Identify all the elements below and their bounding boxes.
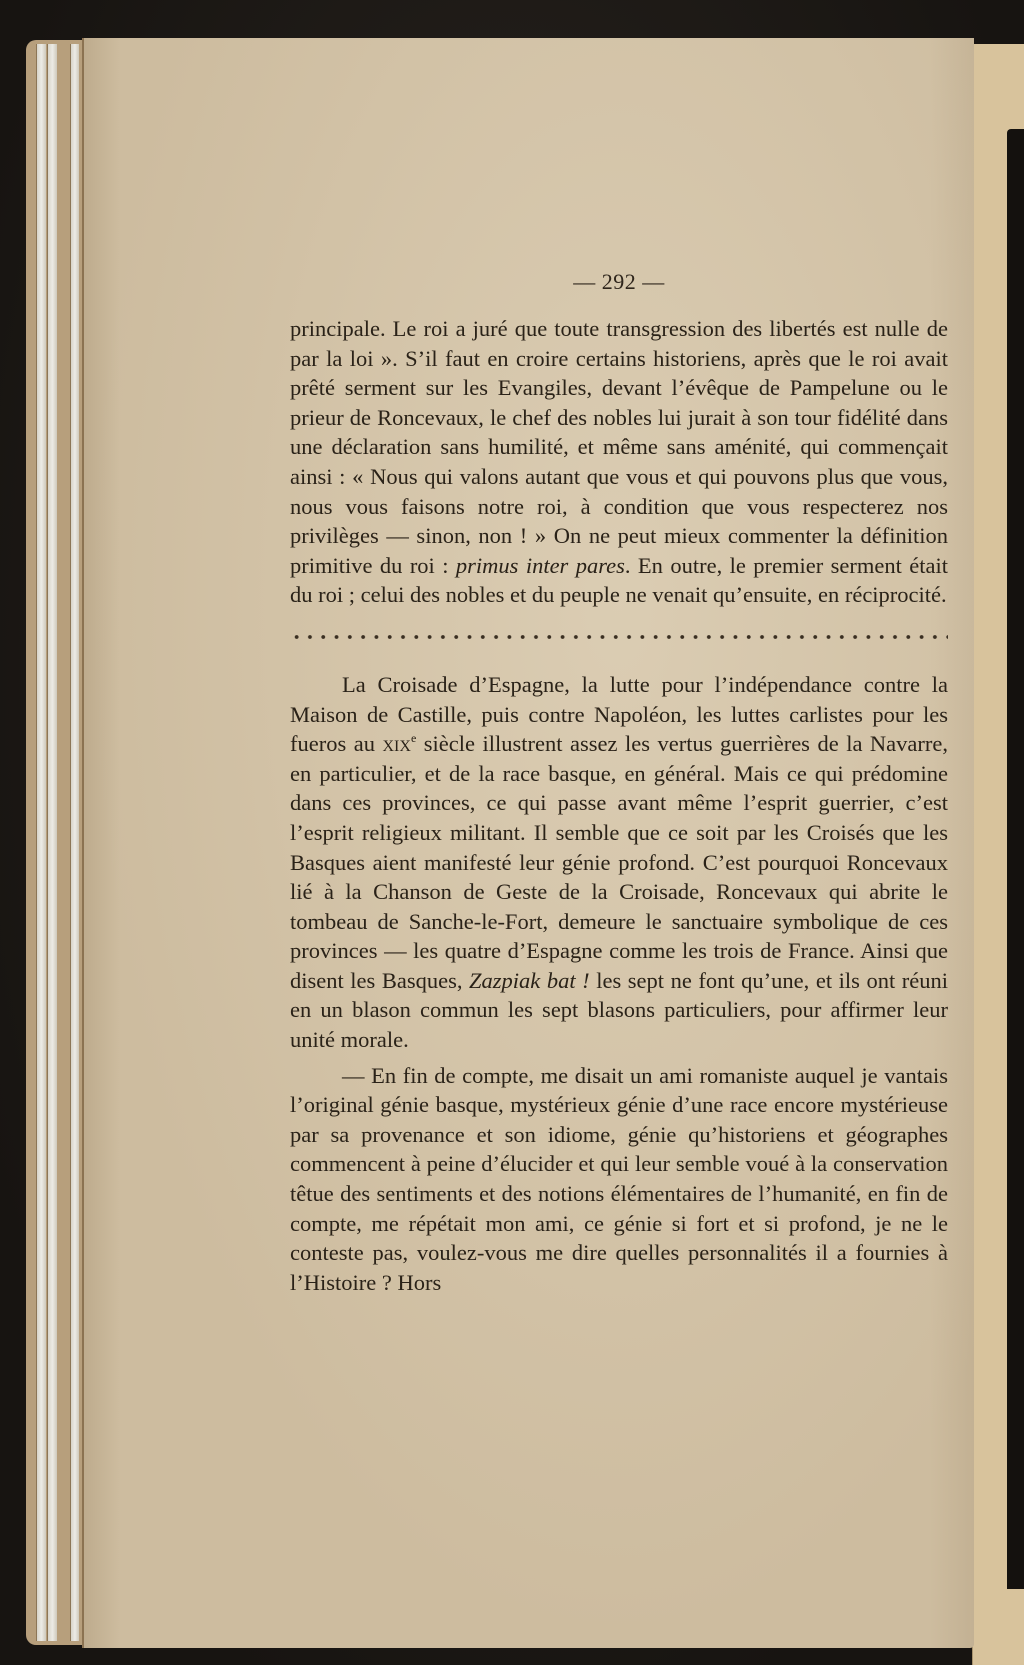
paragraph-2: La Croisade d’Espagne, la lutte pour l’i… (290, 670, 948, 1055)
page-text-block: — 292 — principale. Le roi a juré que to… (290, 268, 948, 1297)
paragraph-1: principale. Le roi a juré que toute tran… (290, 314, 948, 610)
adjacent-page-print-block (1007, 129, 1024, 1589)
adjacent-page (972, 44, 1024, 1665)
century-numeral: xix (383, 731, 411, 756)
page-leaf-edge (36, 44, 46, 1641)
italic-phrase: Zazpiak bat ! (469, 968, 590, 993)
paragraph-text: siècle illustrent assez les vertus guerr… (290, 731, 948, 993)
book-page-edges (26, 40, 86, 1645)
paragraph-3: — En fin de compte, me disait un ami rom… (290, 1061, 948, 1298)
paragraph-text: principale. Le roi a juré que toute tran… (290, 316, 948, 578)
italic-phrase: primus inter pares (456, 553, 625, 578)
page-leaf-edge (47, 44, 57, 1641)
page-number: — 292 — (290, 268, 948, 296)
page-leaf-edge (70, 44, 79, 1641)
dotted-separator (290, 632, 948, 642)
